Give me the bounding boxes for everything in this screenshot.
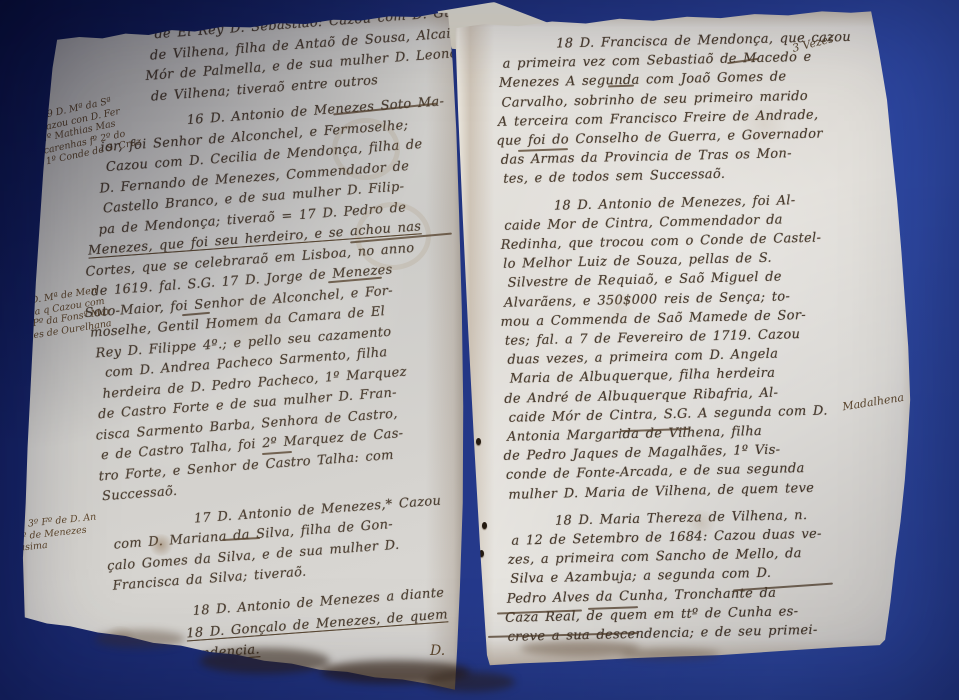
right-page: 18 D. Francisca de Mendonça, que cazou a… [446,4,928,676]
manuscript-photo: de El Rey D. Sebastiaõ: Cazou com D. Gui… [0,0,959,700]
stitch-hole [476,438,481,445]
right-page-text: 18 D. Francisca de Mendonça, que cazou a… [492,27,892,647]
left-page: de El Rey D. Sebastiaõ: Cazou com D. Gui… [10,6,472,696]
ink-bleed-ring [332,118,400,180]
stitch-hole [473,606,478,613]
stitch-hole [482,522,487,529]
stitch-hole [479,550,484,557]
catchword: D. [430,646,445,658]
